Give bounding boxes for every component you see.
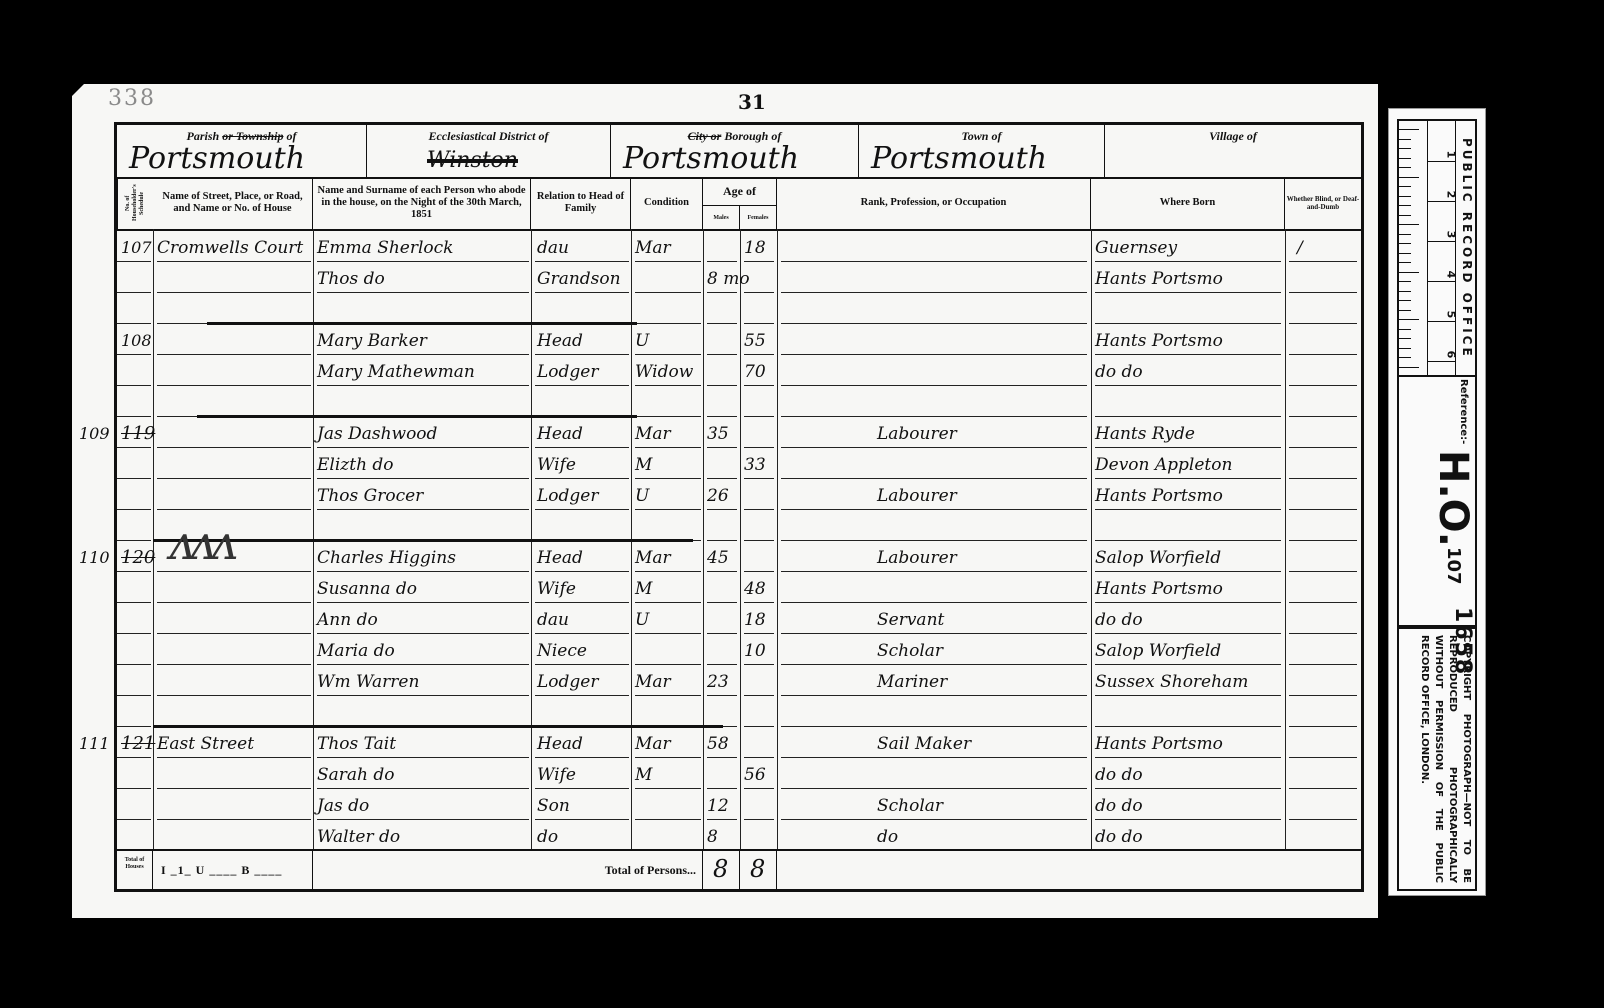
female-age: 33: [744, 455, 766, 475]
ruler-tick: [1399, 205, 1411, 206]
where-born: do do: [1095, 827, 1143, 847]
condition: Mar: [635, 734, 671, 754]
household-separator: [153, 725, 723, 728]
where-born: do do: [1095, 362, 1143, 382]
table-row: 111East StreetThos TaitHeadMar58Sail Mak…: [117, 727, 1361, 758]
occupation: Mariner: [877, 672, 947, 692]
where-born: Guernsey: [1095, 238, 1177, 258]
occupation: do: [877, 827, 898, 847]
ruler-tick: [1399, 367, 1419, 368]
relation: Head: [537, 548, 583, 568]
col-condition: Condition: [631, 177, 703, 229]
occupation: Labourer: [877, 548, 957, 568]
eccl-district-value: Winston: [427, 145, 518, 177]
table-row: Wm WarrenLodgerMar23MarinerSussex Shoreh…: [117, 665, 1361, 696]
male-age: 26: [707, 486, 729, 506]
reference-class: H.O.107: [1399, 444, 1475, 585]
female-age: 18: [744, 610, 766, 630]
household-separator: [197, 415, 637, 418]
cm-mark: 6: [1427, 321, 1455, 362]
ruler-tick: [1399, 186, 1411, 187]
ruler-tick: [1399, 272, 1419, 273]
town-cell: Town of Portsmouth: [859, 125, 1105, 177]
where-born: do do: [1095, 765, 1143, 785]
relation: Niece: [537, 641, 587, 661]
table-row: Thos doGrandson8 moHants Portsmo: [117, 262, 1361, 293]
person-name: Mary Barker: [317, 331, 427, 351]
male-age: 8 mo: [707, 269, 750, 289]
person-name: Thos Grocer: [317, 486, 423, 506]
schedule-number: 110: [79, 548, 110, 568]
where-born: Hants Portsmo: [1095, 734, 1223, 754]
pencil-scrawl: ᴧᴧᴧ: [169, 515, 232, 571]
relation: do: [537, 827, 558, 847]
ruler-tick: [1399, 357, 1411, 358]
table-row: 107Cromwells CourtEmma SherlockdauMar18G…: [117, 231, 1361, 262]
cm-mark: 1: [1427, 121, 1455, 162]
where-born: Hants Portsmo: [1095, 579, 1223, 599]
ruler-tick: [1399, 243, 1411, 244]
where-born: do do: [1095, 610, 1143, 630]
table-row: Susanna doWifeM48Hants Portsmo: [117, 572, 1361, 603]
ruler-tick: [1399, 338, 1411, 339]
table-row: Ann dodauU18Servantdo do: [117, 603, 1361, 634]
table-row: Mary MathewmanLodgerWidow70do do: [117, 355, 1361, 386]
col-age-females: Females: [740, 206, 776, 229]
table-row: 110Charles HigginsHeadMar45LabourerSalop…: [117, 541, 1361, 572]
original-schedule-number: 119: [121, 423, 155, 444]
blind-deaf: /: [1297, 238, 1303, 258]
col-age-title: Age of: [703, 177, 776, 206]
houses-inhabited-uninhabited-building: I _1_ U ____ B ____: [161, 863, 282, 878]
female-age: 70: [744, 362, 766, 382]
street-name: Cromwells Court: [157, 238, 303, 258]
cm-mark: 5: [1427, 281, 1455, 322]
village-label: Village of: [1105, 129, 1361, 144]
schedule-number: 109: [79, 424, 110, 444]
ruler-tick: [1399, 253, 1411, 254]
schedule-number: 111: [79, 734, 110, 754]
person-name: Elizth do: [317, 455, 394, 475]
table-row: [117, 386, 1361, 417]
relation: Head: [537, 424, 583, 444]
total-females: 8: [750, 855, 765, 883]
scale-ruler: 123456 PUBLIC RECORD OFFICE: [1397, 119, 1477, 377]
condition: U: [635, 610, 649, 630]
table-row: Walter dodo8dodo do: [117, 820, 1361, 851]
table-row: [117, 293, 1361, 324]
cm-mark: 4: [1427, 241, 1455, 282]
occupation: Servant: [877, 610, 944, 630]
relation: Wife: [537, 579, 576, 599]
occupation: Labourer: [877, 486, 957, 506]
household-separator: [153, 539, 693, 542]
col-occupation: Rank, Profession, or Occupation: [777, 177, 1091, 229]
where-born: Hants Portsmo: [1095, 331, 1223, 351]
village-cell: Village of: [1105, 125, 1361, 177]
ruler-tick: [1399, 129, 1419, 130]
ruler-tick: [1399, 348, 1411, 349]
where-born: Sussex Shoreham: [1095, 672, 1248, 692]
borough-value: Portsmouth: [623, 143, 799, 175]
relation: Lodger: [537, 672, 598, 692]
town-value: Portsmouth: [871, 143, 1047, 175]
ruler-tick: [1399, 224, 1419, 225]
person-name: Jas do: [317, 796, 369, 816]
col-age-males: Males: [703, 206, 740, 229]
district-header: Parish or Township of Portsmouth Ecclesi…: [117, 125, 1361, 179]
condition: U: [635, 331, 649, 351]
record-office-label: PUBLIC RECORD OFFICE: [1457, 121, 1477, 375]
col-street: Name of Street, Place, or Road, and Name…: [153, 177, 313, 229]
total-males: 8: [713, 855, 728, 883]
col-blind-deaf: Whether Blind, or Deaf-and-Dumb: [1285, 177, 1361, 229]
table-row: Elizth doWifeM33Devon Appleton: [117, 448, 1361, 479]
ruler-tick: [1399, 196, 1411, 197]
ruler-tick: [1399, 291, 1411, 292]
condition: M: [635, 765, 652, 785]
person-name: Ann do: [317, 610, 378, 630]
female-age: 18: [744, 238, 766, 258]
ruler-tick: [1399, 262, 1411, 263]
ruler-tick: [1399, 319, 1419, 320]
female-age: 10: [744, 641, 766, 661]
table-row: 109Jas DashwoodHeadMar35LabourerHants Ry…: [117, 417, 1361, 448]
ruler-tick: [1399, 281, 1411, 282]
ruler-tick: [1399, 215, 1411, 216]
relation: dau: [537, 238, 569, 258]
male-age: 12: [707, 796, 729, 816]
ruler-tick: [1399, 329, 1411, 330]
where-born: do do: [1095, 796, 1143, 816]
ruler-tick: [1399, 139, 1411, 140]
where-born: Hants Ryde: [1095, 424, 1195, 444]
person-name: Sarah do: [317, 765, 395, 785]
table-row: [117, 696, 1361, 727]
total-females-cell: 8: [740, 851, 777, 889]
condition: Mar: [635, 548, 671, 568]
person-name: Maria do: [317, 641, 395, 661]
ruler-tick: [1399, 158, 1411, 159]
condition: Mar: [635, 424, 671, 444]
col-age: Age of Males Females: [703, 177, 777, 229]
relation: Head: [537, 331, 583, 351]
household-separator: [207, 322, 637, 325]
person-name: Wm Warren: [317, 672, 419, 692]
female-age: 56: [744, 765, 766, 785]
male-age: 35: [707, 424, 729, 444]
female-age: 55: [744, 331, 766, 351]
reference-box: Reference:- H.O.107 1658: [1397, 377, 1477, 627]
ruler-tick: [1399, 177, 1419, 178]
relation: Head: [537, 734, 583, 754]
street-name: East Street: [157, 734, 254, 754]
parish-cell: Parish or Township of Portsmouth: [117, 125, 367, 177]
person-name: Charles Higgins: [317, 548, 456, 568]
total-persons-label: Total of Persons...: [605, 863, 696, 878]
schedule-number: 107: [121, 238, 152, 258]
person-name: Susanna do: [317, 579, 417, 599]
where-born: Hants Portsmo: [1095, 486, 1223, 506]
cm-mark: 3: [1427, 201, 1455, 242]
original-schedule-number: 120: [121, 547, 155, 568]
where-born: Salop Worfield: [1095, 548, 1221, 568]
condition: Mar: [635, 672, 671, 692]
ruler-tick: [1399, 148, 1411, 149]
occupation: Scholar: [877, 796, 943, 816]
col-relation: Relation to Head of Family: [531, 177, 631, 229]
eccl-district-cell: Ecclesiastical District of Winston: [367, 125, 611, 177]
occupation: Scholar: [877, 641, 943, 661]
person-name: Thos Tait: [317, 734, 396, 754]
col-schedule-no: No. of Householder's Schedule: [117, 177, 153, 229]
schedule-number: 108: [121, 331, 152, 351]
cm-scale: 123456: [1427, 121, 1456, 375]
where-born: Devon Appleton: [1095, 455, 1232, 475]
person-name: Jas Dashwood: [317, 424, 437, 444]
where-born: Hants Portsmo: [1095, 269, 1223, 289]
condition: M: [635, 579, 652, 599]
col-where-born: Where Born: [1091, 177, 1285, 229]
ruler-tick: [1399, 310, 1411, 311]
male-age: 58: [707, 734, 729, 754]
occupation: Labourer: [877, 424, 957, 444]
houses-count-cell: I _1_ U ____ B ____: [153, 851, 313, 889]
parish-value: Portsmouth: [129, 143, 305, 175]
condition: Widow: [635, 362, 693, 382]
folio-mark: 338: [108, 86, 156, 111]
cm-mark: 2: [1427, 161, 1455, 202]
total-persons-cell: Total of Persons...: [313, 851, 703, 889]
inch-scale: [1399, 121, 1428, 375]
relation: dau: [537, 610, 569, 630]
original-schedule-number: 121: [121, 733, 155, 754]
reference-strip: 123456 PUBLIC RECORD OFFICE Reference:- …: [1388, 108, 1486, 896]
col-name: Name and Surname of each Person who abod…: [313, 177, 531, 229]
reference-label: Reference:-: [1399, 377, 1475, 444]
female-age: 48: [744, 579, 766, 599]
ruler-tick: [1399, 300, 1411, 301]
table-row: Jas doSon12Scholardo do: [117, 789, 1361, 820]
relation: Wife: [537, 765, 576, 785]
eccl-district-label: Ecclesiastical District of: [367, 129, 610, 144]
person-name: Mary Mathewman: [317, 362, 475, 382]
total-males-cell: 8: [703, 851, 740, 889]
table-row: Sarah doWifeM56do do: [117, 758, 1361, 789]
ruler-tick: [1399, 167, 1411, 168]
table-row: [117, 510, 1361, 541]
condition: Mar: [635, 238, 671, 258]
relation: Son: [537, 796, 570, 816]
male-age: 45: [707, 548, 729, 568]
borough-cell: City or Borough of Portsmouth: [611, 125, 859, 177]
table-row: Thos GrocerLodgerU26LabourerHants Portsm…: [117, 479, 1361, 510]
table-row: Maria doNiece10ScholarSalop Worfield: [117, 634, 1361, 665]
table-row: 108Mary BarkerHeadU55Hants Portsmo: [117, 324, 1361, 355]
relation: Grandson: [537, 269, 621, 289]
occupation: Sail Maker: [877, 734, 971, 754]
condition: M: [635, 455, 652, 475]
relation: Lodger: [537, 486, 598, 506]
person-name: Emma Sherlock: [317, 238, 453, 258]
male-age: 23: [707, 672, 729, 692]
relation: Lodger: [537, 362, 598, 382]
census-form: Parish or Township of Portsmouth Ecclesi…: [114, 122, 1364, 892]
male-age: 8: [707, 827, 718, 847]
copyright-notice: COPYRIGHT PHOTOGRAPH—NOT TO BE REPRODUCE…: [1397, 627, 1477, 891]
page-number: 31: [738, 90, 766, 114]
condition: U: [635, 486, 649, 506]
person-name: Thos do: [317, 269, 385, 289]
where-born: Salop Worfield: [1095, 641, 1221, 661]
person-name: Walter do: [317, 827, 400, 847]
totals-footer: Total of Houses I _1_ U ____ B ____ Tota…: [117, 849, 1361, 889]
total-houses-label: Total of Houses: [117, 851, 153, 889]
ruler-tick: [1399, 234, 1411, 235]
relation: Wife: [537, 455, 576, 475]
